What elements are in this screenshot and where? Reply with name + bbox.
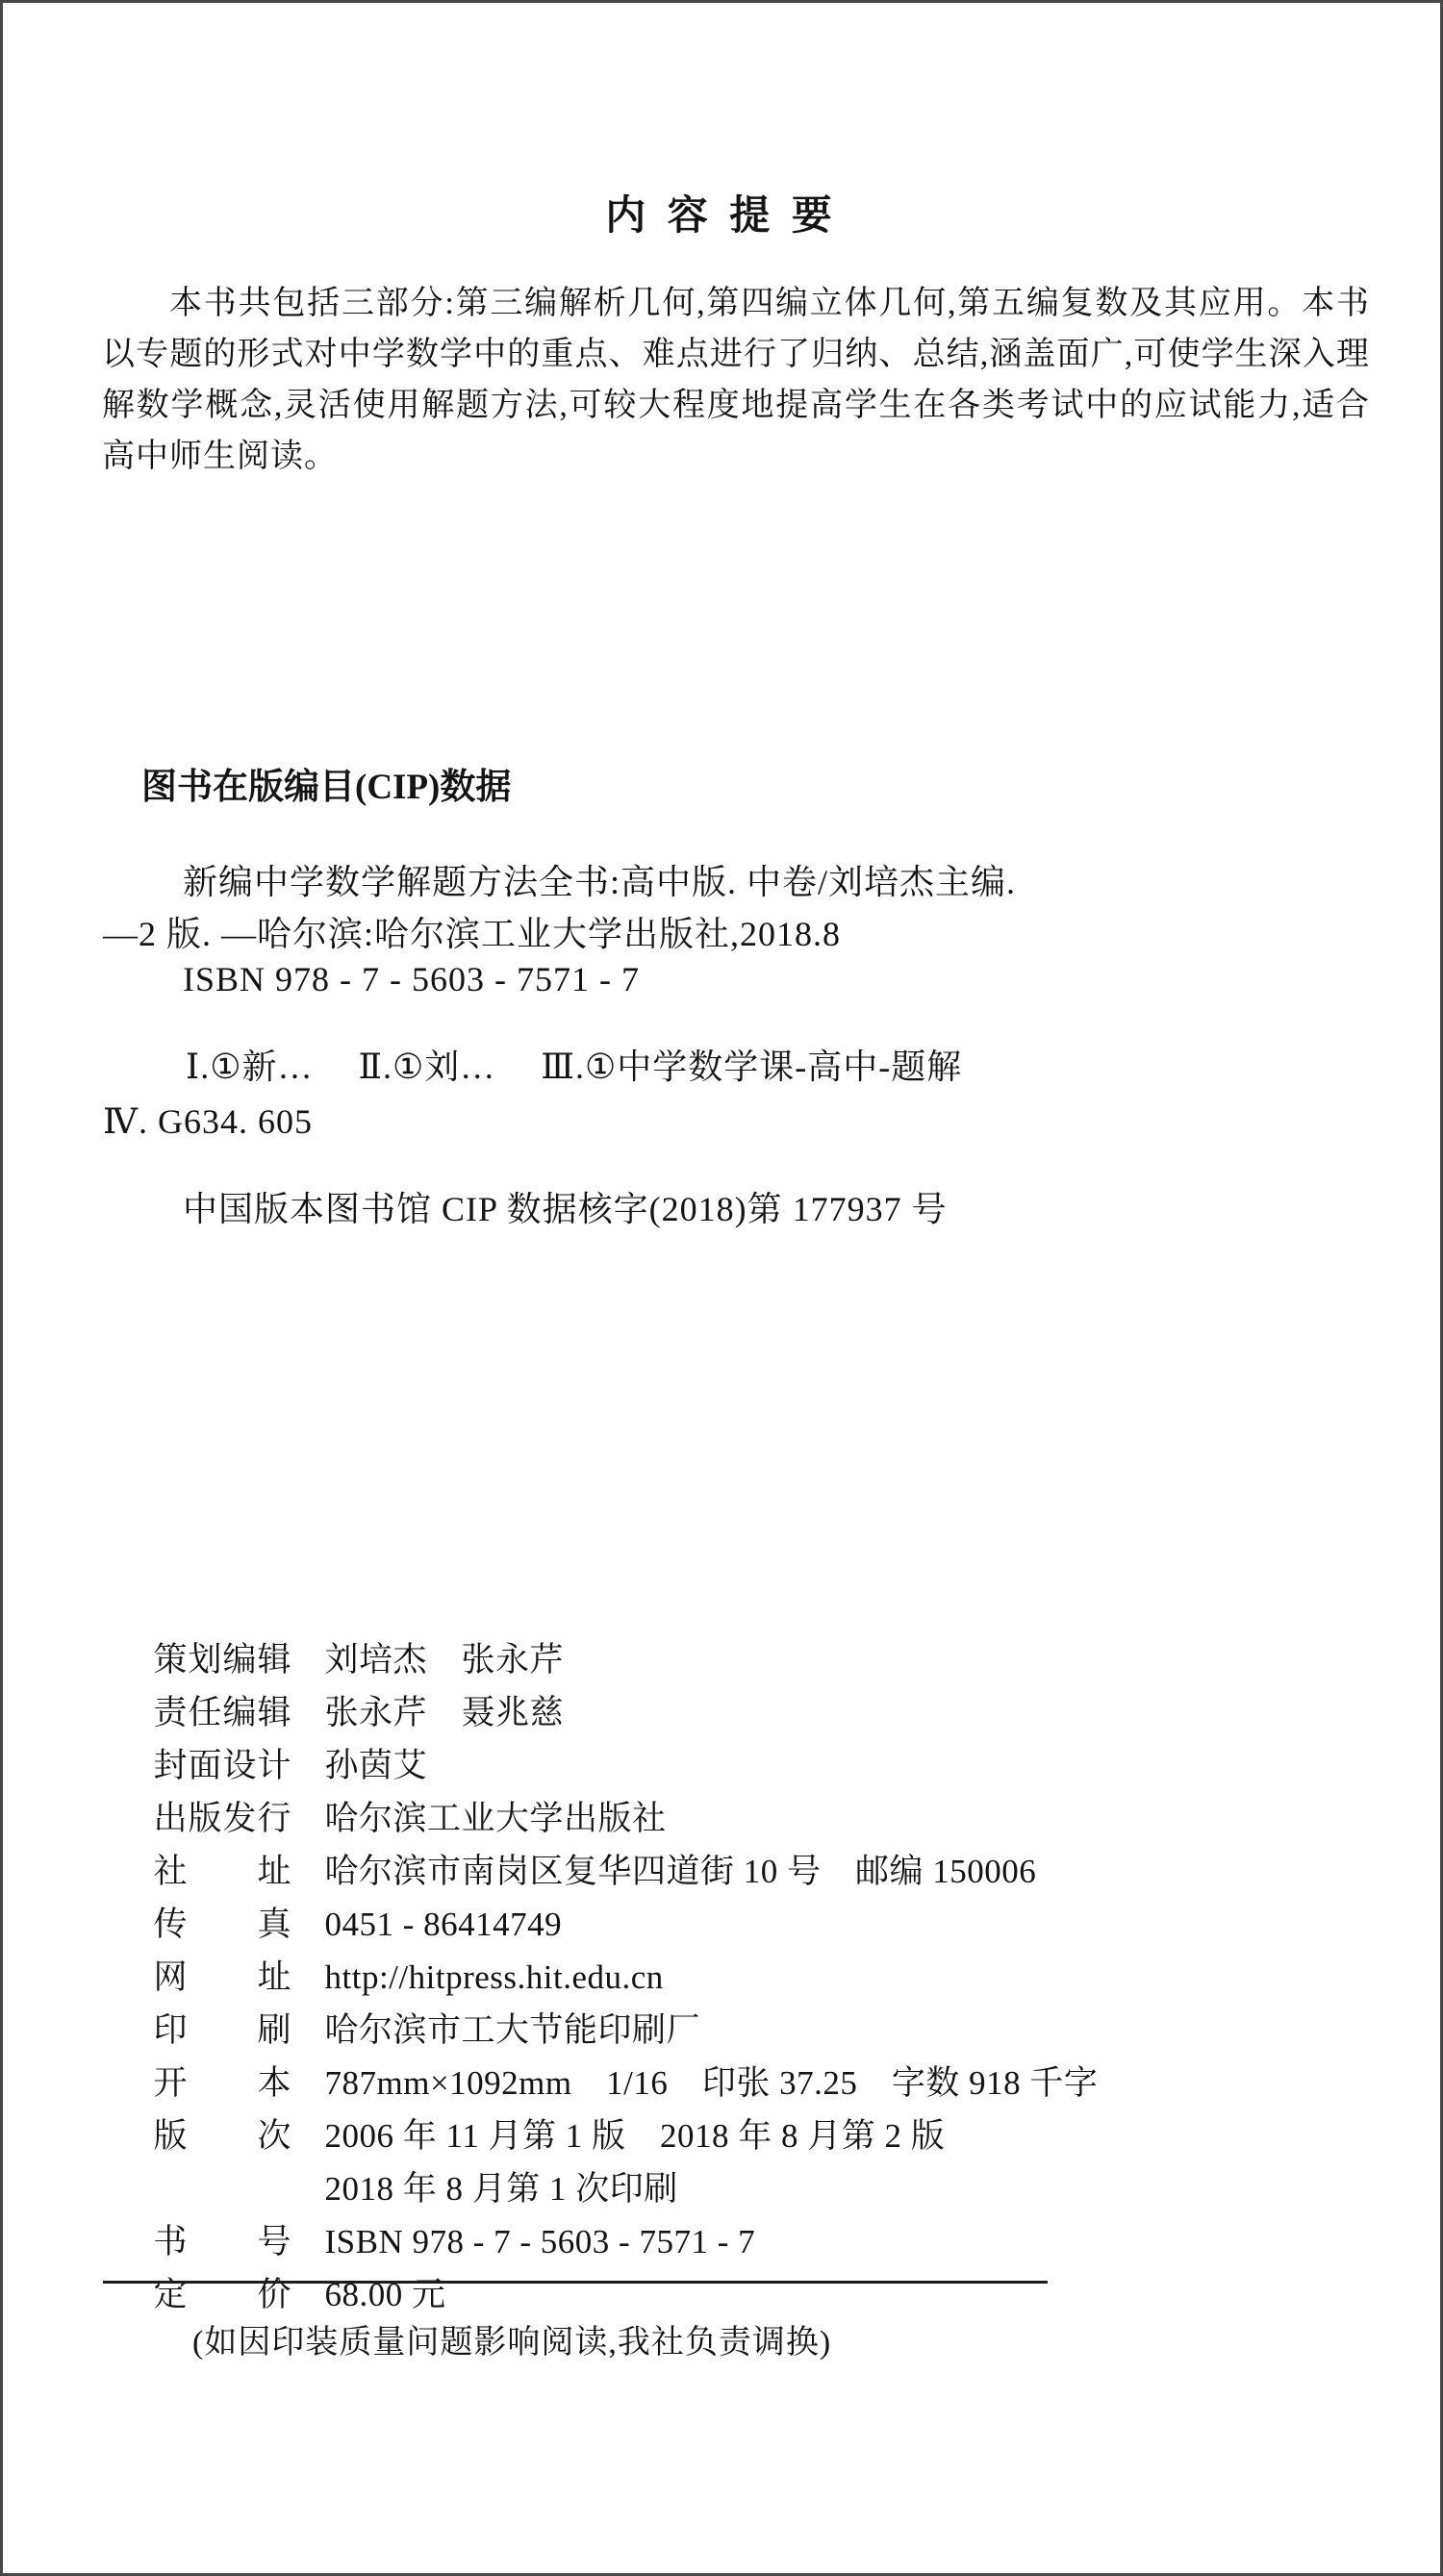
cip-isbn-line: ISBN 978 - 7 - 5603 - 7571 - 7 xyxy=(183,959,640,999)
book-copyright-page: 内 容 提 要 本书共包括三部分:第三编解析几何,第四编立体几何,第五编复数及其… xyxy=(0,0,1443,2576)
colophon-value: 哈尔滨市工大节能印刷厂 xyxy=(325,2011,701,2049)
cip-edition-line: —2 版. —哈尔滨:哈尔滨工业大学出版社,2018.8 xyxy=(103,907,841,956)
colophon-value: 2006 年 11 月第 1 版 2018 年 8 月第 2 版 xyxy=(325,2117,946,2155)
colophon-label: 传 真 xyxy=(154,1900,325,1950)
summary-heading: 内 容 提 要 xyxy=(3,184,1440,241)
colophon-block: 策划编辑刘培杰 张永芹 责任编辑张永芹 聂兆慈 封面设计孙茵艾 出版发行哈尔滨工… xyxy=(103,1585,1382,2273)
cip-classification-line: Ⅰ.①新… Ⅱ.①刘… Ⅲ.①中学数学课-高中-题解 xyxy=(186,1040,962,1089)
cip-record-number-line: 中国版本图书馆 CIP 数据核字(2018)第 177937 号 xyxy=(183,1182,948,1231)
colophon-label: 版 次 xyxy=(154,2111,325,2161)
colophon-label: 社 址 xyxy=(154,1847,325,1897)
divider-rule xyxy=(103,2281,1048,2284)
cip-title-line: 新编中学数学解题方法全书:高中版. 中卷/刘培杰主编. xyxy=(183,855,1016,904)
colophon-value: 刘培杰 张永芹 xyxy=(325,1641,565,1679)
cip-heading: 图书在版编目(CIP)数据 xyxy=(141,757,511,809)
colophon-value: 787mm×1092mm 1/16 印张 37.25 字数 918 千字 xyxy=(325,2064,1099,2102)
colophon-label: 责任编辑 xyxy=(154,1688,325,1738)
colophon-value: 2018 年 8 月第 1 次印刷 xyxy=(325,2170,678,2208)
colophon-label: 封面设计 xyxy=(154,1741,325,1791)
colophon-value: 0451 - 86414749 xyxy=(325,1906,563,1943)
colophon-value: 哈尔滨工业大学出版社 xyxy=(325,1800,667,1837)
colophon-row-planning-editor: 策划编辑刘培杰 张永芹 xyxy=(103,1585,1382,1638)
colophon-label: 开 本 xyxy=(154,2058,325,2109)
colophon-label: 出版发行 xyxy=(154,1794,325,1844)
colophon-value: ISBN 978 - 7 - 5603 - 7571 - 7 xyxy=(325,2223,756,2260)
summary-paragraph: 本书共包括三部分:第三编解析几何,第四编立体几何,第五编复数及其应用。本书以专题… xyxy=(102,278,1370,482)
colophon-label: 印 刷 xyxy=(154,2006,325,2056)
colophon-label: 网 址 xyxy=(154,1953,325,2003)
colophon-label: 定 价 xyxy=(154,2270,325,2320)
colophon-value: 哈尔滨市南岗区复华四道街 10 号 邮编 150006 xyxy=(325,1853,1037,1890)
colophon-label: 书 号 xyxy=(154,2217,325,2267)
colophon-value: 孙茵艾 xyxy=(325,1747,428,1784)
colophon-label: 策划编辑 xyxy=(154,1635,325,1685)
colophon-value: http://hitpress.hit.edu.cn xyxy=(325,1958,664,1996)
quality-note: (如因印装质量问题影响阅读,我社负责调换) xyxy=(192,2315,831,2362)
cip-classification-line-continued: Ⅳ. G634. 605 xyxy=(103,1101,313,1142)
colophon-value: 张永芹 聂兆慈 xyxy=(325,1694,565,1731)
